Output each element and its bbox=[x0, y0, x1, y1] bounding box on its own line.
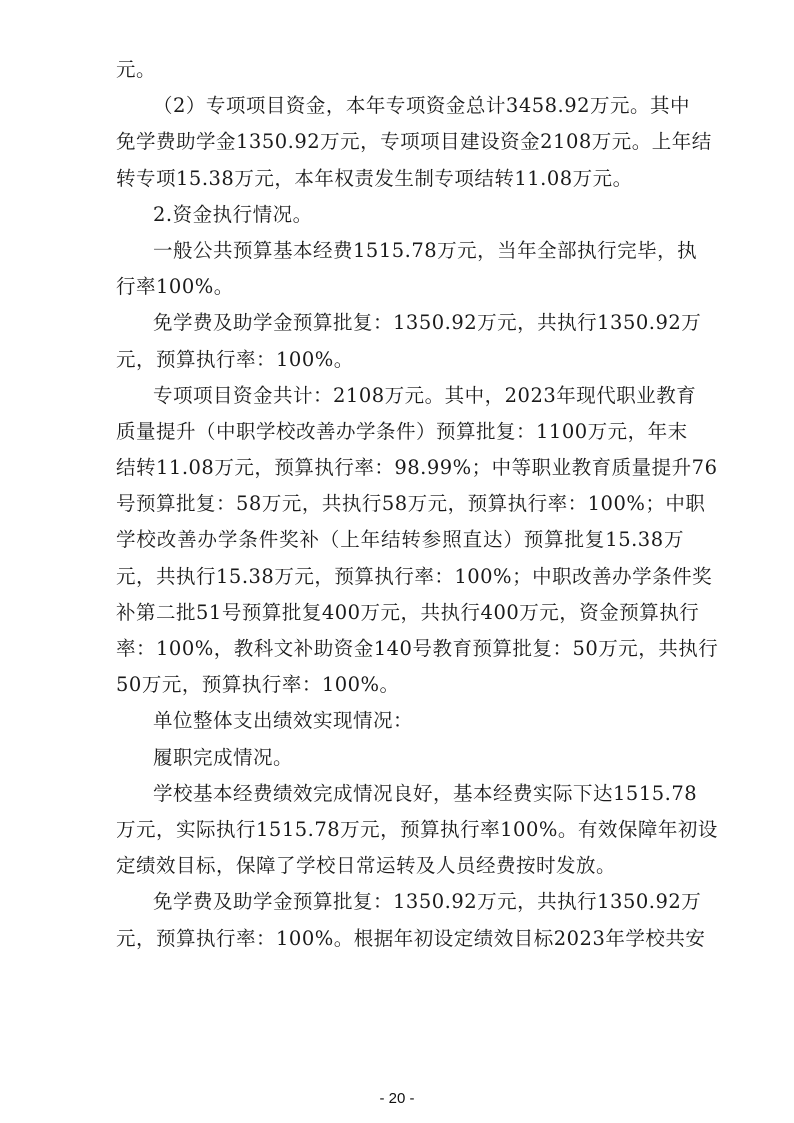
document-page: 元。 （2）专项项目资金，本年专项资金总计3458.92万元。其中 免学费助学金… bbox=[116, 52, 684, 957]
text-line: 行率100%。 bbox=[116, 269, 684, 305]
text-line: 免学费助学金1350.92万元，专项项目建设资金2108万元。上年结 bbox=[116, 124, 684, 160]
page-number: - 20 - bbox=[0, 1090, 794, 1107]
paragraph-general-budget: 一般公共预算基本经费1515.78万元，当年全部执行完毕，执 行率100%。 bbox=[116, 233, 684, 305]
text-line: 单位整体支出绩效实现情况： bbox=[116, 703, 684, 739]
text-line: 元。 bbox=[116, 52, 684, 88]
text-line: 学校改善办学条件奖补（上年结转参照直达）预算批复15.38万 bbox=[116, 522, 684, 558]
text-line: 学校基本经费绩效完成情况良好，基本经费实际下达1515.78 bbox=[116, 776, 684, 812]
text-line: 号预算批复：58万元，共执行58万元，预算执行率：100%；中职 bbox=[116, 486, 684, 522]
text-line: 元，预算执行率：100%。 bbox=[116, 342, 684, 378]
paragraph-tuition-aid-performance: 免学费及助学金预算批复：1350.92万元，共执行1350.92万 元，预算执行… bbox=[116, 884, 684, 956]
section-heading-fund-execution: 2.资金执行情况。 bbox=[116, 197, 684, 233]
text-line: 履职完成情况。 bbox=[116, 740, 684, 776]
text-line: 专项项目资金共计：2108万元。其中，2023年现代职业教育 bbox=[116, 378, 684, 414]
paragraph-overall-performance: 单位整体支出绩效实现情况： bbox=[116, 703, 684, 739]
text-line: 补第二批51号预算批复400万元，共执行400万元，资金预算执行 bbox=[116, 595, 684, 631]
text-line: 万元，实际执行1515.78万元，预算执行率100%。有效保障年初设 bbox=[116, 812, 684, 848]
text-line: 定绩效目标，保障了学校日常运转及人员经费按时发放。 bbox=[116, 848, 684, 884]
text-line: 元，预算执行率：100%。根据年初设定绩效目标2023年学校共安 bbox=[116, 921, 684, 957]
paragraph-basic-funds-performance: 学校基本经费绩效完成情况良好，基本经费实际下达1515.78 万元，实际执行15… bbox=[116, 776, 684, 885]
text-line: 转专项15.38万元，本年权责发生制专项结转11.08万元。 bbox=[116, 161, 684, 197]
paragraph-duty-completion: 履职完成情况。 bbox=[116, 740, 684, 776]
text-line: 元，共执行15.38万元，预算执行率：100%；中职改善办学条件奖 bbox=[116, 559, 684, 595]
text-line: 50万元，预算执行率：100%。 bbox=[116, 667, 684, 703]
paragraph-continuation: 元。 bbox=[116, 52, 684, 88]
text-line: 免学费及助学金预算批复：1350.92万元，共执行1350.92万 bbox=[116, 305, 684, 341]
text-line: 结转11.08万元，预算执行率：98.99%；中等职业教育质量提升76 bbox=[116, 450, 684, 486]
text-line: 免学费及助学金预算批复：1350.92万元，共执行1350.92万 bbox=[116, 884, 684, 920]
paragraph-special-project: 专项项目资金共计：2108万元。其中，2023年现代职业教育 质量提升（中职学校… bbox=[116, 378, 684, 704]
text-line: 质量提升（中职学校改善办学条件）预算批复：1100万元，年末 bbox=[116, 414, 684, 450]
text-line: 一般公共预算基本经费1515.78万元，当年全部执行完毕，执 bbox=[116, 233, 684, 269]
paragraph-special-funds: （2）专项项目资金，本年专项资金总计3458.92万元。其中 免学费助学金135… bbox=[116, 88, 684, 197]
paragraph-tuition-aid: 免学费及助学金预算批复：1350.92万元，共执行1350.92万 元，预算执行… bbox=[116, 305, 684, 377]
text-line: （2）专项项目资金，本年专项资金总计3458.92万元。其中 bbox=[116, 88, 684, 124]
text-line: 率：100%，教科文补助资金140号教育预算批复：50万元，共执行 bbox=[116, 631, 684, 667]
heading-text: 2.资金执行情况。 bbox=[116, 197, 684, 233]
